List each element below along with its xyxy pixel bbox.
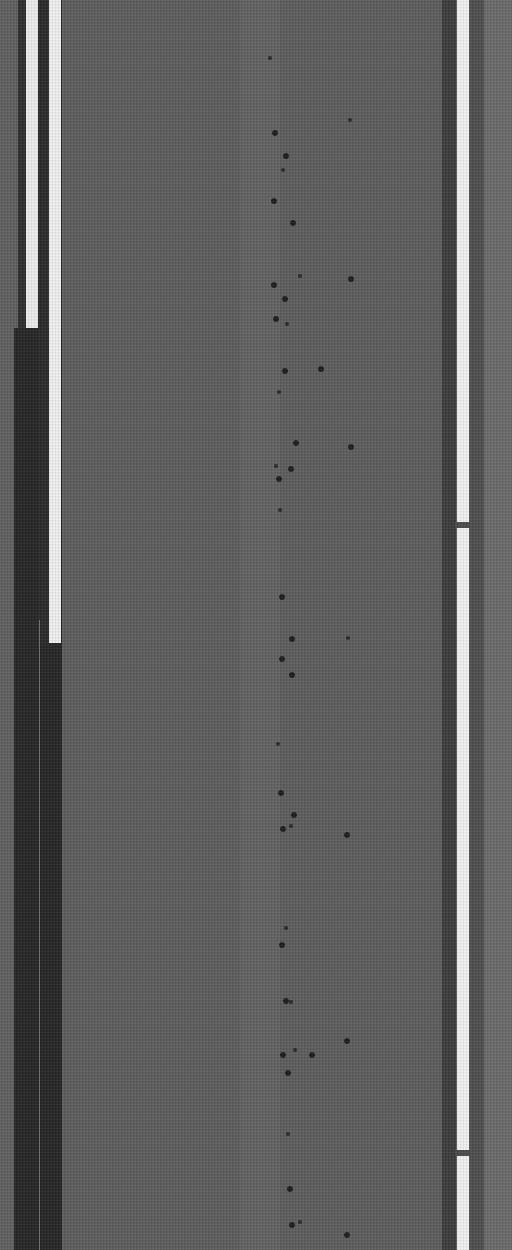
pavement-spot	[346, 636, 350, 640]
pavement-spot	[344, 832, 350, 838]
pavement-spot	[293, 1048, 297, 1052]
pavement-spot	[276, 476, 282, 482]
pavement-spot	[289, 672, 295, 678]
pavement-spot	[285, 1070, 291, 1076]
right-lane-line	[457, 0, 469, 1250]
pavement-spot	[298, 274, 302, 278]
pavement-spot	[283, 153, 289, 159]
pavement-spot	[289, 1222, 295, 1228]
pavement-spot	[291, 812, 297, 818]
pavement-spot	[309, 1052, 315, 1058]
pavement-spot	[281, 168, 285, 172]
pavement-spot	[288, 466, 294, 472]
pavement-spot	[290, 220, 296, 226]
pavement-spot	[289, 636, 295, 642]
pavement-spot	[276, 742, 280, 746]
pavement-spot	[298, 1220, 302, 1224]
pavement-spot	[348, 118, 352, 122]
pavement-spot	[279, 942, 285, 948]
pavement-spot	[282, 368, 288, 374]
left-thin-crack	[39, 620, 40, 1250]
right-lane-edge-shadow	[442, 0, 456, 1250]
pavement-spot	[271, 282, 277, 288]
pavement-spot	[289, 1000, 293, 1004]
pavement-spot	[279, 656, 285, 662]
pavement-spot	[348, 276, 354, 282]
pavement-spot	[318, 366, 324, 372]
left-gutter-divider	[38, 0, 48, 645]
pavement-spot	[268, 56, 272, 60]
lane-center-wear-band	[240, 0, 280, 1250]
right-shoulder-outer	[484, 0, 512, 1250]
pavement-spot	[277, 390, 281, 394]
pavement-spot	[344, 1232, 350, 1238]
pavement-spot	[278, 508, 282, 512]
right-lane-line-gap	[455, 1150, 471, 1156]
pavement-spot	[284, 926, 288, 930]
pavement-spot	[280, 1052, 286, 1058]
pavement-spot	[274, 464, 278, 468]
pavement-spot	[293, 440, 299, 446]
right-shoulder-inner	[470, 0, 484, 1250]
pavement-spot	[272, 130, 278, 136]
pavement-spot	[287, 1186, 293, 1192]
pavement-spot	[285, 322, 289, 326]
pavement-spot	[286, 1132, 290, 1136]
left-edge-line-inner	[49, 0, 61, 643]
pavement-spot	[280, 826, 286, 832]
left-edge-line-outer	[26, 0, 38, 328]
pavement-spot	[348, 444, 354, 450]
right-lane-line-gap	[455, 522, 471, 528]
pavement-spot	[278, 790, 284, 796]
pavement-spot	[271, 198, 277, 204]
pavement-spot	[273, 316, 279, 322]
road-scan-image	[0, 0, 512, 1250]
pavement-spot	[289, 824, 293, 828]
pavement-spot	[344, 1038, 350, 1044]
pavement-spot	[279, 594, 285, 600]
pavement-spot	[282, 296, 288, 302]
